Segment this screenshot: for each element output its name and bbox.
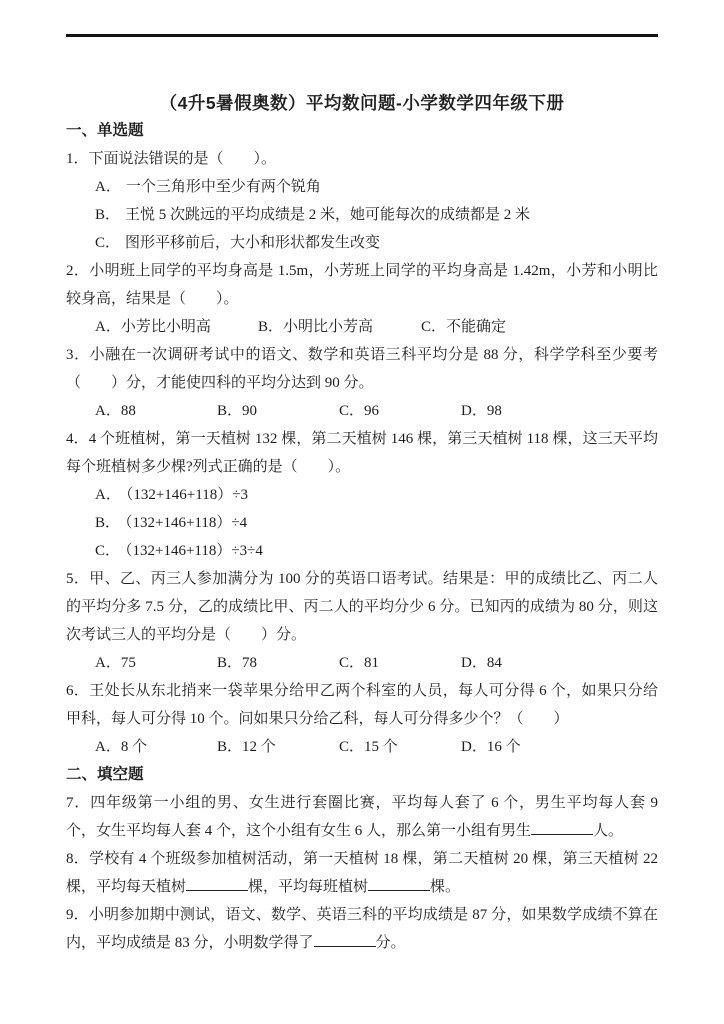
option-label: D． bbox=[461, 403, 487, 419]
question-number: 9． bbox=[66, 907, 89, 923]
option-label: B． bbox=[217, 739, 242, 755]
question-text: 下面说法错误的是（ ）。 bbox=[89, 151, 277, 167]
question-3-stem: 3．小融在一次调研考试中的语文、数学和英语三科平均分是 88 分，科学学科至少要… bbox=[66, 341, 658, 397]
option-label: B． bbox=[217, 403, 242, 419]
option-label: C． bbox=[421, 319, 446, 335]
option-label: B． bbox=[258, 319, 283, 335]
question-9-stem: 9．小明参加期中测试，语文、数学、英语三科的平均成绩是 87 分，如果数学成绩不… bbox=[66, 901, 658, 957]
question-number: 4． bbox=[66, 431, 89, 447]
question-7-stem: 7．四年级第一小组的男、女生进行套圈比赛，平均每人套了 6 个，男生平均每人套 … bbox=[66, 789, 658, 845]
section-heading-fill-blank: 二、填空题 bbox=[66, 761, 658, 789]
question-number: 6． bbox=[66, 683, 89, 699]
question-number: 3． bbox=[66, 347, 90, 363]
question-6-options: A．8 个 B．12 个 C．15 个 D．16 个 bbox=[66, 733, 658, 761]
question-5-option-a: A．75 bbox=[95, 649, 217, 677]
question-text: 棵，平均每班植树 bbox=[248, 879, 368, 895]
question-text: 甲、乙、丙三人参加满分为 100 分的英语口语考试。结果是：甲的成绩比乙、丙二人… bbox=[66, 571, 658, 643]
question-6-stem: 6．王处长从东北捎来一袋苹果分给甲乙两个科室的人员，每人可分得 6 个，如果只分… bbox=[66, 677, 658, 733]
option-label: A． bbox=[95, 487, 121, 503]
option-label: C． bbox=[95, 543, 120, 559]
question-1-option-a: A．一个三角形中至少有两个锐角 bbox=[66, 173, 658, 201]
answer-blank bbox=[314, 933, 376, 948]
question-text: 小融在一次调研考试中的语文、数学和英语三科平均分是 88 分，科学学科至少要考（… bbox=[66, 347, 658, 391]
question-5-option-c: C．81 bbox=[339, 649, 461, 677]
option-text: （132+146+118）÷4 bbox=[125, 515, 247, 531]
question-1-option-c: C．图形平移前后，大小和形状都发生改变 bbox=[66, 229, 658, 257]
option-label: C． bbox=[339, 403, 364, 419]
option-text: 81 bbox=[364, 655, 379, 671]
question-5-option-d: D．84 bbox=[461, 649, 502, 677]
option-text: 不能确定 bbox=[446, 319, 506, 335]
option-text: 王悦 5 次跳远的平均成绩是 2 米，她可能每次的成绩都是 2 米 bbox=[125, 207, 530, 223]
option-text: （132+146+118）÷3÷4 bbox=[125, 543, 263, 559]
option-text: 98 bbox=[487, 403, 502, 419]
option-text: 小芳比小明高 bbox=[121, 319, 211, 335]
question-6-option-a: A．8 个 bbox=[95, 733, 217, 761]
page-title: （4升5暑假奥数）平均数问题-小学数学四年级下册 bbox=[66, 89, 658, 117]
question-2-option-a: A．小芳比小明高 bbox=[95, 313, 258, 341]
answer-blank bbox=[531, 821, 593, 836]
question-3-option-b: B．90 bbox=[217, 397, 339, 425]
question-4-option-a: A．（132+146+118）÷3 bbox=[66, 481, 658, 509]
question-number: 2． bbox=[66, 263, 89, 279]
question-6-option-c: C．15 个 bbox=[339, 733, 461, 761]
question-number: 1． bbox=[66, 151, 89, 167]
top-rule-divider bbox=[66, 34, 658, 37]
worksheet-page: （4升5暑假奥数）平均数问题-小学数学四年级下册 一、单选题 1．下面说法错误的… bbox=[0, 0, 724, 1024]
question-3-option-a: A．88 bbox=[95, 397, 217, 425]
option-label: B． bbox=[217, 655, 242, 671]
question-8-stem: 8．学校有 4 个班级参加植树活动，第一天植树 18 棵，第二天植树 20 棵，… bbox=[66, 845, 658, 901]
option-text: 16 个 bbox=[487, 739, 521, 755]
question-3-option-d: D．98 bbox=[461, 397, 502, 425]
option-text: 88 bbox=[121, 403, 136, 419]
question-2-options: A．小芳比小明高 B．小明比小芳高 C．不能确定 bbox=[66, 313, 658, 341]
question-5-stem: 5．甲、乙、丙三人参加满分为 100 分的英语口语考试。结果是：甲的成绩比乙、丙… bbox=[66, 565, 658, 649]
question-number: 8． bbox=[66, 851, 89, 867]
answer-blank bbox=[368, 877, 430, 892]
option-label: A． bbox=[95, 739, 121, 755]
option-text: （132+146+118）÷3 bbox=[126, 487, 248, 503]
question-number: 7． bbox=[66, 795, 90, 811]
option-text: 小明比小芳高 bbox=[283, 319, 373, 335]
question-5-option-b: B．78 bbox=[217, 649, 339, 677]
option-label: A． bbox=[95, 179, 121, 195]
option-text: 84 bbox=[487, 655, 502, 671]
question-text: 分。 bbox=[376, 935, 406, 951]
option-label: D． bbox=[461, 739, 487, 755]
question-3-options: A．88 B．90 C．96 D．98 bbox=[66, 397, 658, 425]
option-text: 8 个 bbox=[121, 739, 147, 755]
question-1-stem: 1．下面说法错误的是（ ）。 bbox=[66, 145, 658, 173]
option-label: B． bbox=[95, 515, 120, 531]
option-label: A． bbox=[95, 655, 121, 671]
question-number: 5． bbox=[66, 571, 89, 587]
option-text: 96 bbox=[364, 403, 379, 419]
question-4-option-b: B．（132+146+118）÷4 bbox=[66, 509, 658, 537]
option-label: B． bbox=[95, 207, 120, 223]
option-text: 15 个 bbox=[364, 739, 398, 755]
section-heading-choice: 一、单选题 bbox=[66, 117, 658, 145]
option-label: C． bbox=[339, 655, 364, 671]
option-label: C． bbox=[95, 235, 120, 251]
question-text: 小明班上同学的平均身高是 1.5m，小芳班上同学的平均身高是 1.42m，小芳和… bbox=[66, 263, 658, 307]
option-text: 12 个 bbox=[242, 739, 276, 755]
question-1-option-b: B．王悦 5 次跳远的平均成绩是 2 米，她可能每次的成绩都是 2 米 bbox=[66, 201, 658, 229]
option-label: A． bbox=[95, 403, 121, 419]
option-text: 78 bbox=[242, 655, 257, 671]
question-5-options: A．75 B．78 C．81 D．84 bbox=[66, 649, 658, 677]
question-text: 棵。 bbox=[430, 879, 460, 895]
question-2-option-b: B．小明比小芳高 bbox=[258, 313, 421, 341]
option-label: C． bbox=[339, 739, 364, 755]
answer-blank bbox=[186, 877, 248, 892]
question-3-option-c: C．96 bbox=[339, 397, 461, 425]
question-6-option-b: B．12 个 bbox=[217, 733, 339, 761]
option-label: A． bbox=[95, 319, 121, 335]
question-4-option-c: C．（132+146+118）÷3÷4 bbox=[66, 537, 658, 565]
option-text: 图形平移前后，大小和形状都发生改变 bbox=[125, 235, 380, 251]
question-text: 人。 bbox=[593, 823, 623, 839]
question-4-stem: 4．4 个班植树，第一天植树 132 棵，第二天植树 146 棵，第三天植树 1… bbox=[66, 425, 658, 481]
option-text: 75 bbox=[121, 655, 136, 671]
option-text: 一个三角形中至少有两个锐角 bbox=[126, 179, 321, 195]
option-text: 90 bbox=[242, 403, 257, 419]
question-2-option-c: C．不能确定 bbox=[421, 313, 506, 341]
question-6-option-d: D．16 个 bbox=[461, 733, 521, 761]
question-text: 王处长从东北捎来一袋苹果分给甲乙两个科室的人员，每人可分得 6 个，如果只分给甲… bbox=[66, 683, 658, 727]
question-text: 4 个班植树，第一天植树 132 棵，第二天植树 146 棵，第三天植树 118… bbox=[66, 431, 658, 475]
option-label: D． bbox=[461, 655, 487, 671]
question-2-stem: 2．小明班上同学的平均身高是 1.5m，小芳班上同学的平均身高是 1.42m，小… bbox=[66, 257, 658, 313]
